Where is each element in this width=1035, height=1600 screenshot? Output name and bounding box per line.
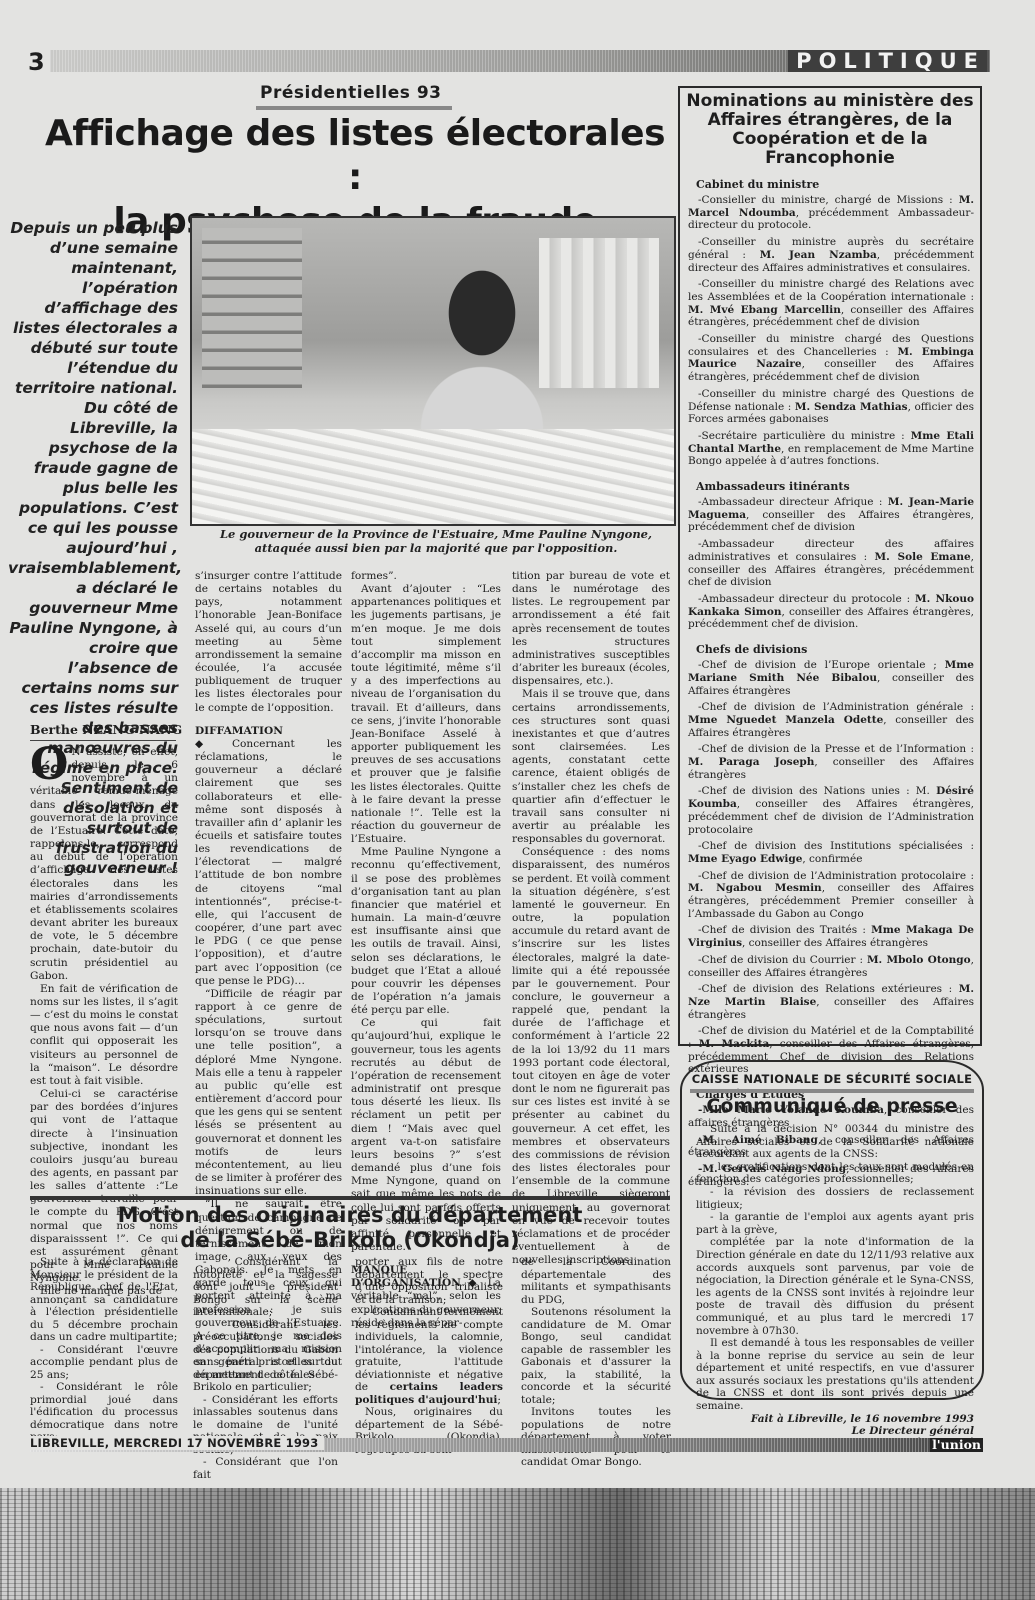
nominee-name: M. Paraga Joseph xyxy=(688,756,814,768)
page-number: 3 xyxy=(28,48,45,76)
nomination-entry: -Ambassadeur directeur du protocole : M.… xyxy=(688,593,974,631)
cnss-title: Communiqué de presse xyxy=(682,1095,982,1117)
cnss-signature-place: Fait à Libreville, le 16 novembre 1993 xyxy=(696,1413,974,1426)
nomination-entry: -Secrétaire particulière du ministre : M… xyxy=(688,430,974,468)
nomination-entry: -Conseiller du ministre chargé des Quest… xyxy=(688,333,974,384)
nomination-entry: -Ambassadeur directeur Afrique : M. Jean… xyxy=(688,496,974,534)
nomination-entry: -Chef de division de l’Administration pr… xyxy=(688,870,974,921)
nominations-body: Cabinet du ministre-Consieller du minist… xyxy=(680,178,980,1188)
nominations-title: Nominations au ministère des Affaires ét… xyxy=(684,92,976,168)
nominations-section-heading: Cabinet du ministre xyxy=(696,178,974,191)
nominee-name: Mme Eyago Edwige xyxy=(688,853,802,865)
masthead-logo: l'union xyxy=(930,1438,983,1452)
cnss-signature-role: Le Directeur général xyxy=(696,1425,974,1438)
nominations-box: Nominations au ministère des Affaires ét… xyxy=(678,86,982,1046)
cnss-kicker: Caisse nationale de sécurité sociale xyxy=(682,1072,982,1086)
nomination-entry: -Chef de division du Courrier : M. Mbolo… xyxy=(688,954,974,979)
footer-dateline: LIBREVILLE, MERCREDI 17 NOVEMBRE 1993 xyxy=(30,1436,324,1450)
nominee-name: Mme Nguedet Manzela Odette xyxy=(688,714,883,726)
nomination-entry: -Conseiller du ministre chargé des Quest… xyxy=(688,388,974,426)
motion-column-3: porter aux fils de notre département le … xyxy=(355,1256,503,1456)
photo-caption: Le gouverneur de la Province de l'Estuai… xyxy=(196,527,676,555)
motion-rule xyxy=(30,1196,670,1200)
article-kicker: Présidentielles 93 xyxy=(260,83,441,103)
nomination-entry: -Chef de division de la Presse et de l’I… xyxy=(688,743,974,781)
motion-title: Motion des originaires du département de… xyxy=(30,1203,670,1253)
nomination-entry: -Consieller du ministre, chargé de Missi… xyxy=(688,194,974,232)
nominee-name: M. Mackita xyxy=(699,1038,770,1050)
nomination-entry: -Chef de division des Relations extérieu… xyxy=(688,983,974,1021)
photo-papers xyxy=(539,238,659,388)
nominee-name: M. Mbolo Otongo xyxy=(867,954,971,966)
nomination-entry: -Chef de division des Traités : Mme Maka… xyxy=(688,924,974,949)
nominations-section-heading: Chefs de divisions xyxy=(696,643,974,656)
cnss-rule xyxy=(690,1089,974,1093)
cnss-communique-box: Caisse nationale de sécurité sociale Com… xyxy=(680,1060,984,1400)
governor-photo xyxy=(190,216,676,526)
kicker-rule xyxy=(256,106,452,110)
cnss-body: Suite à la décision N° 00344 du ministre… xyxy=(682,1123,982,1450)
nomination-entry: -Chef de division des Institutions spéci… xyxy=(688,840,974,865)
photo-shelf xyxy=(202,228,302,388)
section-label: POLITIQUE xyxy=(788,50,987,72)
nomination-entry: -Chef de division des Nations unies : M.… xyxy=(688,785,974,836)
article-column-4: tition par bureau de vote et dans le num… xyxy=(512,570,670,1267)
nomination-entry: -Conseiller du ministre auprès du secrét… xyxy=(688,236,974,274)
dropcap: O xyxy=(30,747,68,783)
headline-line-1: Affichage des listes électorales : xyxy=(40,112,670,200)
nominee-name: M. Mvé Ebang Marcellin xyxy=(688,304,841,316)
scan-artifact-strip xyxy=(0,1488,1035,1600)
nominations-section-heading: Ambassadeurs itinérants xyxy=(696,480,974,493)
nomination-entry: -Chef de division de l’Europe orientale … xyxy=(688,659,974,697)
nominee-name: M. Sole Emane xyxy=(875,551,971,563)
photo-desk xyxy=(192,429,674,524)
byline: Berthe NZANG NANG xyxy=(30,722,182,737)
nominee-name: M. Sendza Mathias xyxy=(795,401,908,413)
nominee-name: M. Jean Nzamba xyxy=(760,249,877,261)
nominee-name: M. Ngabou Mesmin xyxy=(688,882,822,894)
nomination-entry: -Ambassadeur directeur des affaires admi… xyxy=(688,538,974,589)
motion-column-1: Suite à la déclaration de Monsieur le pr… xyxy=(30,1256,178,1444)
motion-column-4: de la Coordination départementale des mi… xyxy=(521,1256,671,1469)
nomination-entry: -Conseiller du ministre chargé des Relat… xyxy=(688,278,974,329)
nomination-entry: -Chef de division de l’Administration gé… xyxy=(688,701,974,739)
